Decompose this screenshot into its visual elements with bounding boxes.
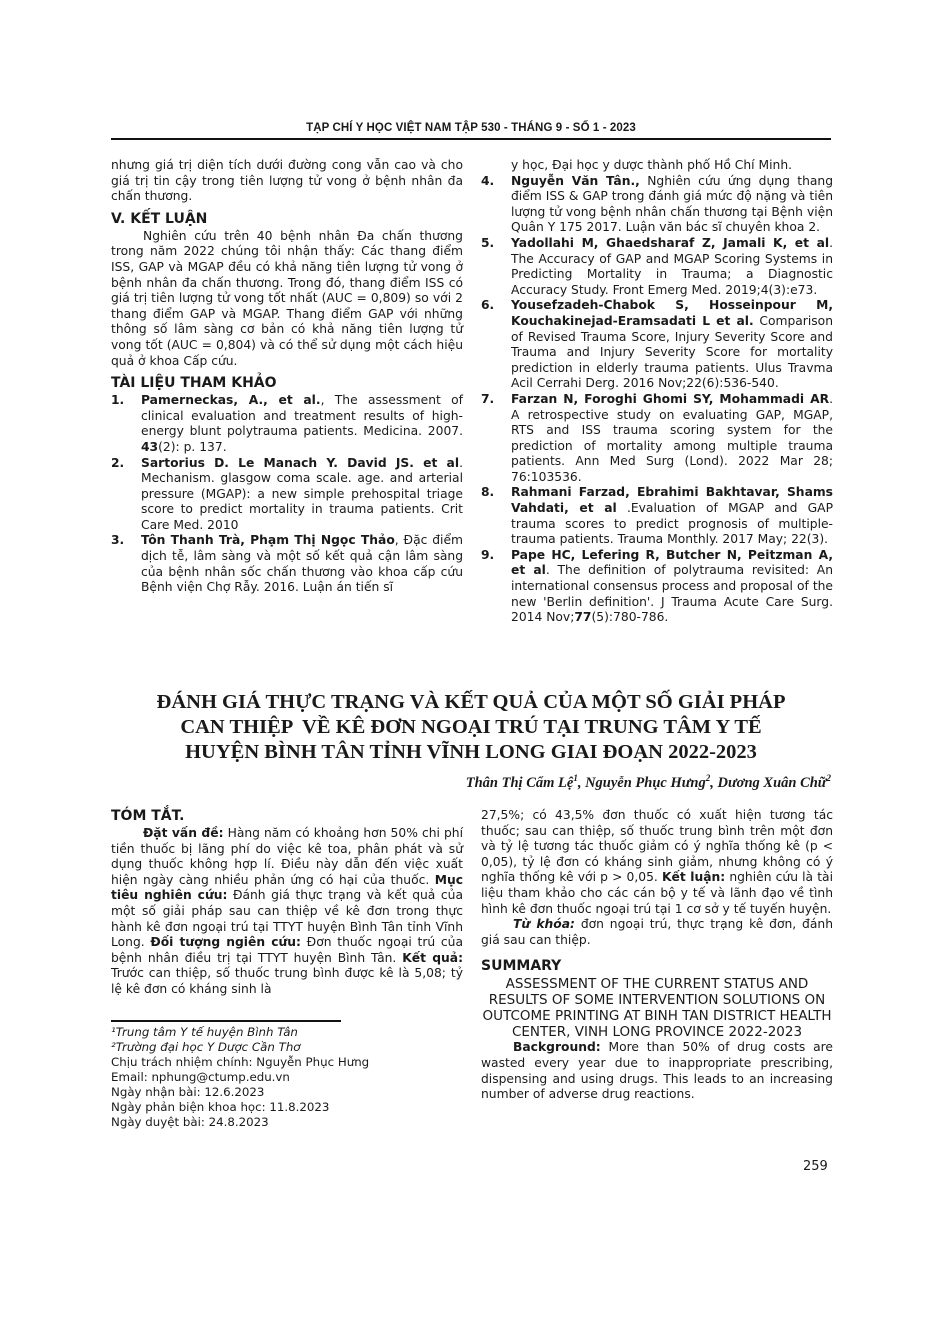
reference-volume: 77 (574, 610, 591, 624)
author-affiliation: 2 (706, 773, 711, 783)
reference-item: 9. Pape HC, Lefering R, Butcher N, Peitz… (481, 548, 833, 626)
abstract-text: Đặt vấn đề: Hàng năm có khoảng hơn 50% c… (111, 826, 463, 998)
affiliation-2: ²Trường đại học Y Dược Cần Thơ (111, 1040, 463, 1055)
author-name: Thân Thị Cẩm Lệ (466, 775, 574, 791)
keywords-label: Từ khóa: (513, 917, 575, 931)
received-date: Ngày nhận bài: 12.6.2023 (111, 1085, 463, 1100)
reference-number: 8. (481, 485, 511, 547)
summary-title: ASSESSMENT OF THE CURRENT STATUS AND RES… (481, 976, 833, 1040)
summary-background: Background: More than 50% of drug costs … (481, 1040, 833, 1102)
reference-authors: Farzan N, Foroghi Ghomi SY, Mohammadi AR (511, 392, 829, 406)
journal-header: TẠP CHÍ Y HỌC VIỆT NAM TẬP 530 - THÁNG 9… (111, 122, 831, 134)
reference-tail: (2): p. 137. (158, 440, 226, 454)
discussion-continuation: nhưng giá trị diện tích dưới đường cong … (111, 158, 463, 205)
reference-number: 2. (111, 456, 141, 534)
reference-authors: Nguyễn Văn Tân., (511, 174, 640, 188)
references-heading: TÀI LIỆU THAM KHẢO (111, 375, 463, 392)
reviewed-date: Ngày phản biện khoa học: 11.8.2023 (111, 1100, 463, 1115)
reference-text: . The definition of polytrauma revisited… (511, 563, 833, 624)
reference-continuation: y học, Đại học y dược thành phố Hồ Chí M… (481, 158, 833, 174)
author-affiliation: 2 (827, 773, 832, 783)
reference-number: 9. (481, 548, 511, 626)
keywords: Từ khóa: đơn ngoại trú, thực trạng kê đơ… (481, 917, 833, 948)
summary-background-label: Background: (513, 1040, 601, 1054)
abstract-heading: TÓM TẮT. (111, 808, 463, 825)
email: Email: nphung@ctump.edu.vn (111, 1070, 463, 1085)
results-label: Kết quả: (402, 951, 463, 965)
footnotes: ¹Trung tâm Y tế huyện Bình Tân ²Trường đ… (111, 1020, 463, 1130)
reference-authors: Pamerneckas, A., et al. (141, 393, 321, 407)
abstract-continuation: 27,5%; có 43,5% đơn thuốc có xuất hiện t… (481, 808, 833, 917)
prev-article-right-column: y học, Đại học y dược thành phố Hồ Chí M… (481, 158, 833, 626)
accepted-date: Ngày duyệt bài: 24.8.2023 (111, 1115, 463, 1130)
author-name: Nguyễn Phục Hưng (585, 775, 706, 791)
reference-volume: 43 (141, 440, 158, 454)
page-number: 259 (803, 1159, 828, 1174)
reference-item: 5. Yadollahi M, Ghaedsharaf Z, Jamali K,… (481, 236, 833, 298)
reference-authors: Yadollahi M, Ghaedsharaf Z, Jamali K, et… (511, 236, 829, 250)
reference-text: y học, Đại học y dược thành phố Hồ Chí M… (511, 158, 833, 174)
author-affiliation: 1 (573, 773, 578, 783)
footnote-rule (111, 1020, 341, 1022)
reference-tail: (5):780-786. (591, 610, 668, 624)
reference-item: 1. Pamerneckas, A., et al., The assessme… (111, 393, 463, 455)
reference-item: 7. Farzan N, Foroghi Ghomi SY, Mohammadi… (481, 392, 833, 486)
reference-item: 3. Tôn Thanh Trà, Phạm Thị Ngọc Thảo, Đặ… (111, 533, 463, 595)
abstract-left-column: TÓM TẮT. Đặt vấn đề: Hàng năm có khoảng … (111, 808, 463, 998)
reference-authors: Tôn Thanh Trà, Phạm Thị Ngọc Thảo (141, 533, 395, 547)
prev-article-left-column: nhưng giá trị diện tích dưới đường cong … (111, 158, 463, 596)
reference-item: 4. Nguyễn Văn Tân., Nghiên cứu ứng dụng … (481, 174, 833, 236)
affiliation-1: ¹Trung tâm Y tế huyện Bình Tân (111, 1025, 463, 1040)
article-title: ĐÁNH GIÁ THỰC TRẠNG VÀ KẾT QUẢ CỦA MỘT S… (111, 690, 831, 765)
author-name: Dương Xuân Chữ (718, 775, 827, 791)
abstract-right-column: 27,5%; có 43,5% đơn thuốc có xuất hiện t… (481, 808, 833, 1103)
reference-item: 2. Sartorius D. Le Manach Y. David JS. e… (111, 456, 463, 534)
author-list: Thân Thị Cẩm Lệ1, Nguyễn Phục Hưng2, Dươ… (466, 775, 831, 792)
reference-item: 6. Yousefzadeh-Chabok S, Hosseinpour M, … (481, 298, 833, 392)
reference-number: 5. (481, 236, 511, 298)
subjects-label: Đối tượng ngiên cứu: (150, 935, 301, 949)
reference-item: 8. Rahmani Farzad, Ebrahimi Bakhtavar, S… (481, 485, 833, 547)
reference-number: 1. (111, 393, 141, 455)
reference-authors: Sartorius D. Le Manach Y. David JS. et a… (141, 456, 459, 470)
background-label: Đặt vấn đề: (143, 826, 224, 840)
title-line: CAN THIỆP VỀ KÊ ĐƠN NGOẠI TRÚ TẠI TRUNG … (111, 715, 831, 740)
conclusion-label: Kết luận: (662, 870, 725, 884)
reference-number: 3. (111, 533, 141, 595)
title-line: ĐÁNH GIÁ THỰC TRẠNG VÀ KẾT QUẢ CỦA MỘT S… (111, 690, 831, 715)
title-line: HUYỆN BÌNH TÂN TỈNH VĨNH LONG GIAI ĐOẠN … (111, 740, 831, 765)
reference-number: 6. (481, 298, 511, 392)
corresponding-author: Chịu trách nhiệm chính: Nguyễn Phục Hưng (111, 1055, 463, 1070)
reference-number: 4. (481, 174, 511, 236)
summary-heading: SUMMARY (481, 958, 833, 975)
header-rule (111, 138, 831, 140)
reference-number: 7. (481, 392, 511, 486)
conclusion-text: Nghiên cứu trên 40 bệnh nhân Đa chấn thư… (111, 229, 463, 369)
conclusion-heading: V. KẾT LUẬN (111, 211, 463, 228)
